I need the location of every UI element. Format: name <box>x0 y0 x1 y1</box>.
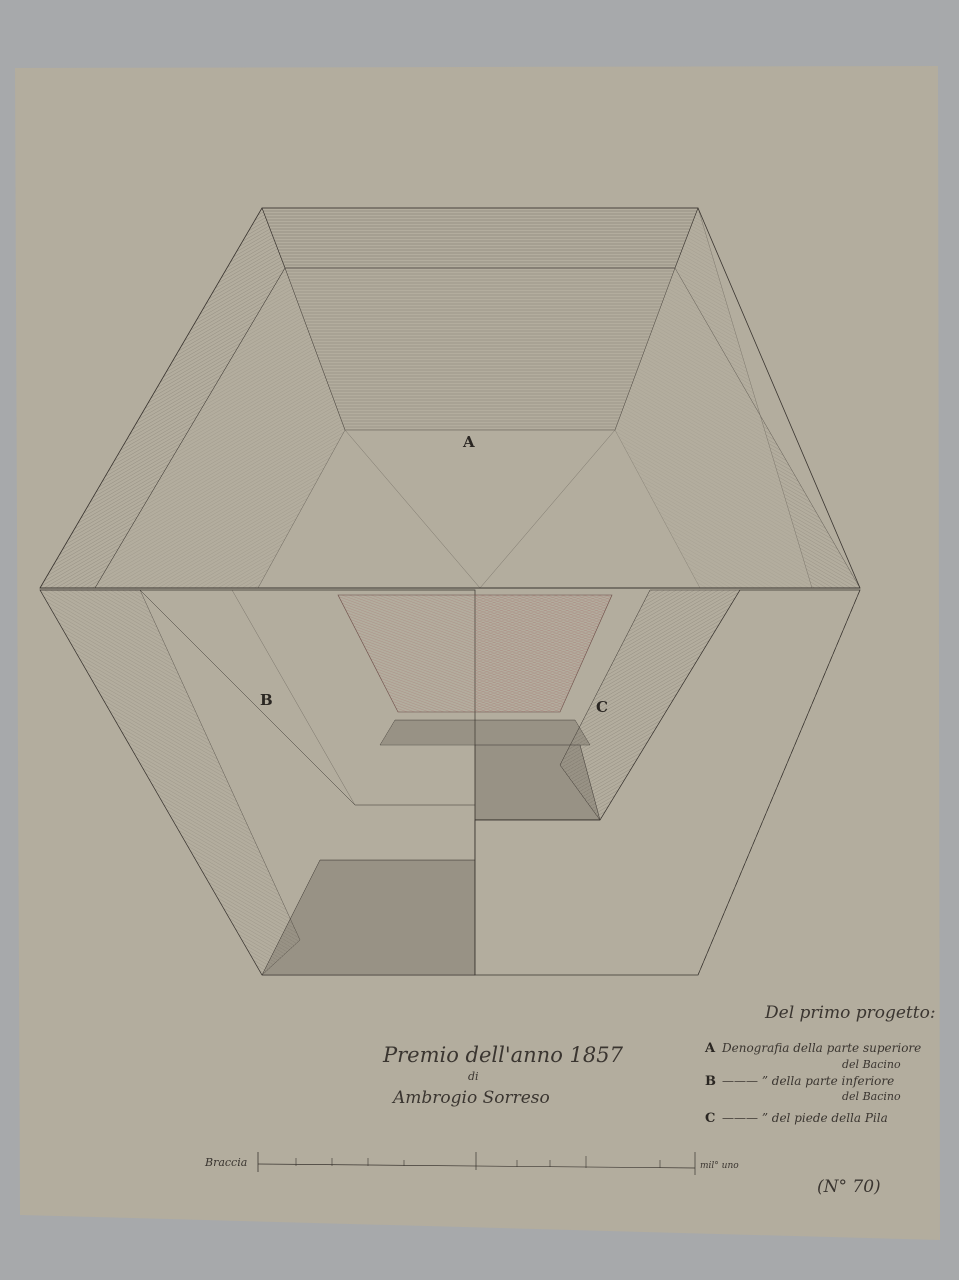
legend-text-c: ——— ” del piede della Pila <box>722 1111 888 1125</box>
title-line-3: Ambrogio Sorreso <box>391 1088 550 1108</box>
drawing-sheet: A B C Premio dell'anno 1857 di Ambrogio … <box>0 0 959 1280</box>
label-a: A <box>462 433 475 451</box>
scale-label: Braccia <box>204 1156 247 1169</box>
legend-text-a: Denografia della parte superiore <box>721 1041 921 1055</box>
label-b: B <box>260 691 273 709</box>
legend-letter-a: A <box>704 1041 716 1056</box>
legend-text-b: ——— ” della parte inferiore <box>722 1074 894 1088</box>
legend-heading: Del primo progetto: <box>764 1003 936 1023</box>
legend-text-a2: del Bacino <box>842 1058 901 1071</box>
inventory-mark: (N° 70) <box>817 1177 881 1197</box>
title-line-1: Premio dell'anno 1857 <box>382 1043 624 1067</box>
title-line-2: di <box>468 1070 479 1083</box>
label-c: C <box>596 698 608 716</box>
scale-suffix: mil° uno <box>700 1161 739 1171</box>
legend-letter-b: B <box>705 1074 716 1089</box>
legend-text-b2: del Bacino <box>842 1090 901 1103</box>
legend-letter-c: C <box>705 1111 715 1126</box>
